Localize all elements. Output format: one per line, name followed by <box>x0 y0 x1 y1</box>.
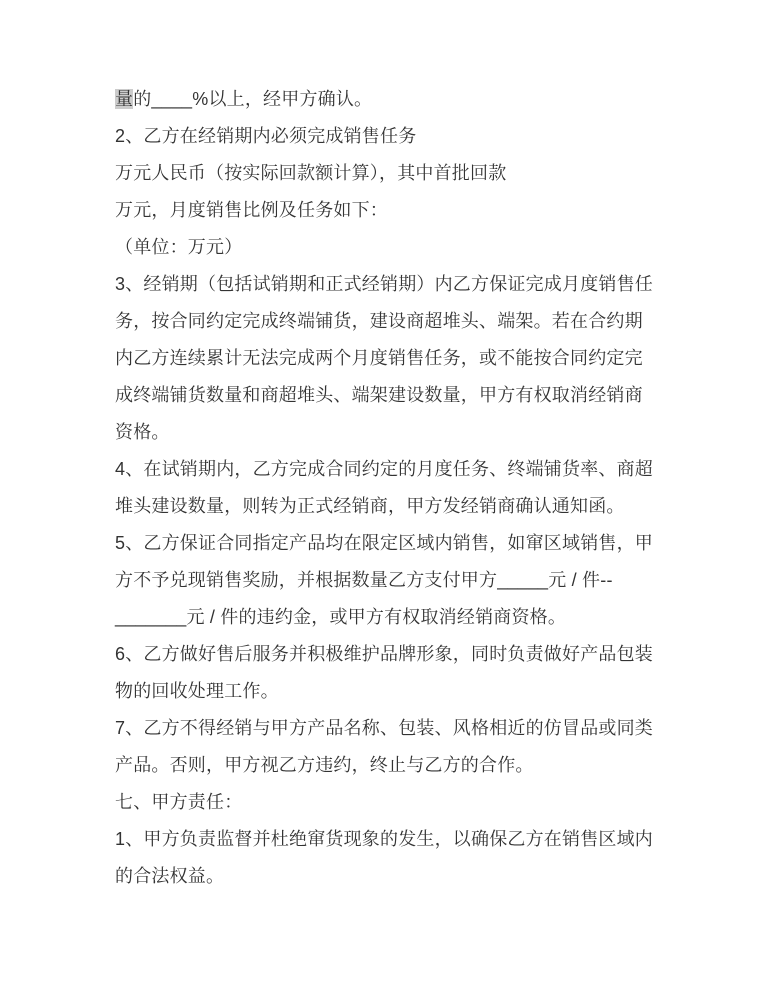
text-line: 2、乙方在经销期内必须完成销售任务 <box>115 118 656 155</box>
text-line: 6、乙方做好售后服务并积极维护品牌形象，同时负责做好产品包装 <box>115 636 656 673</box>
text-line: 七、甲方责任： <box>115 784 656 821</box>
highlighted-char: 量 <box>115 89 133 109</box>
text-line: 资格。 <box>115 414 656 451</box>
text-line: 5、乙方保证合同指定产品均在限定区域内销售，如窜区域销售，甲 <box>115 525 656 562</box>
text-line: 方不予兑现销售奖励，并根据数量乙方支付甲方_____元 / 件-- <box>115 562 656 599</box>
text-line: 1、甲方负责监督并杜绝窜货现象的发生，以确保乙方在销售区域内 <box>115 821 656 858</box>
line-text: 的____%以上，经甲方确认。 <box>133 89 372 109</box>
text-line: 万元人民币（按实际回款额计算），其中首批回款 <box>115 155 656 192</box>
text-line: 内乙方连续累计无法完成两个月度销售任务，或不能按合同约定完 <box>115 340 656 377</box>
text-line: 产品。否则，甲方视乙方违约，终止与乙方的合作。 <box>115 747 656 784</box>
text-line: 成终端铺货数量和商超堆头、端架建设数量，甲方有权取消经销商 <box>115 377 656 414</box>
text-line: 万元，月度销售比例及任务如下： <box>115 192 656 229</box>
document-page: 量的____%以上，经甲方确认。 2、乙方在经销期内必须完成销售任务 万元人民币… <box>0 0 770 1000</box>
text-line: 务，按合同约定完成终端铺货，建设商超堆头、端架。若在合约期 <box>115 303 656 340</box>
text-line: _______元 / 件的违约金，或甲方有权取消经销商资格。 <box>115 599 656 636</box>
text-line: 7、乙方不得经销与甲方产品名称、包装、风格相近的仿冒品或同类 <box>115 710 656 747</box>
text-line: 物的回收处理工作。 <box>115 673 656 710</box>
text-line: 的合法权益。 <box>115 858 656 895</box>
text-line: 4、在试销期内，乙方完成合同约定的月度任务、终端铺货率、商超 <box>115 451 656 488</box>
text-line: 量的____%以上，经甲方确认。 <box>115 81 656 118</box>
text-line: （单位：万元） <box>115 229 656 266</box>
text-line: 堆头建设数量，则转为正式经销商，甲方发经销商确认通知函。 <box>115 488 656 525</box>
text-line: 3、经销期（包括试销期和正式经销期）内乙方保证完成月度销售任 <box>115 266 656 303</box>
